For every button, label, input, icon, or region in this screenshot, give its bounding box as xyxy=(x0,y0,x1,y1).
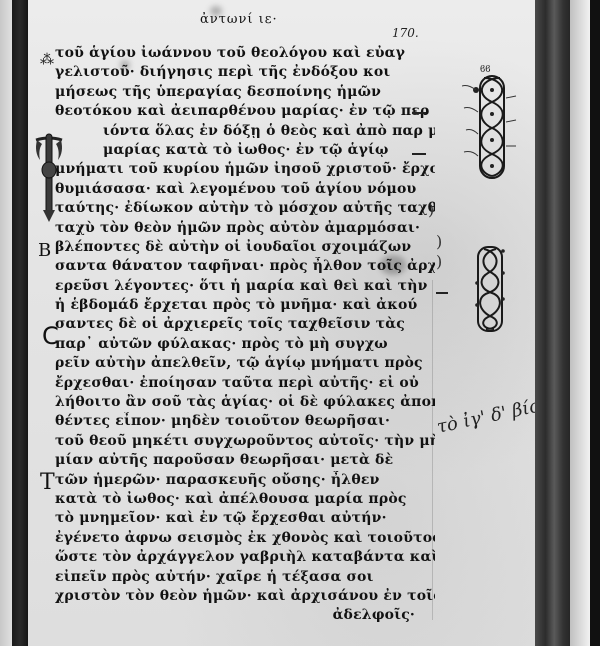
text-line: θυμιάσασα· καὶ λεγομένου τοῦ ἁγίου νόμου xyxy=(55,180,435,199)
margin-bracket-mark: ) xyxy=(436,252,442,271)
text-line: ἡ ἑβδομάδ ἔρχεται πρὸς τὸ μνῆμα· καὶ ἀκο… xyxy=(55,296,435,315)
margin-dash-mark xyxy=(412,112,426,114)
text-line: εἰπεῖν πρὸς αὐτήν· χαῖρε ἡ τέξασα σοι xyxy=(55,568,435,587)
manuscript-text-block: τοῦ ἁγίου ἰωάννου τοῦ θεολόγου καὶ εὐαγ … xyxy=(55,44,435,626)
text-line: ταχὺ τὸν θεὸν ἡμῶν πρὸς αὐτὸν ἀμαρμόσαι· xyxy=(55,219,435,238)
text-line: ερεῦσι λέγοντες· ὅτι ἡ μαρία καὶ θεὶ καὶ… xyxy=(55,277,435,296)
interlace-knot-ornament-icon: ϐϐ xyxy=(462,62,522,182)
text-line: ταύτης· ἐδίωκον αὐτὴν τὸ μόσχον αὐτῆς τα… xyxy=(55,199,435,218)
text-line: ρεῖν αὐτὴν ἀπελθεῖν, τῷ ἁγίῳ μνήματι πρὸ… xyxy=(55,354,435,373)
text-line: μαρίας κατὰ τὸ ἰωθος· ἐν τῷ ἁγίῳ xyxy=(55,141,435,160)
tau-initial-second: T xyxy=(40,470,55,495)
text-line: βλέποντες δὲ αὐτὴν οἱ ἰουδαῖοι σχοιμάζων xyxy=(55,238,435,257)
text-line: μνήματι τοῦ κυρίου ἡμῶν ἰησοῦ χριστοῦ· ἔ… xyxy=(55,160,435,179)
asterism-mark: ⁂ xyxy=(40,52,54,68)
text-line: τοῦ ἁγίου ἰωάννου τοῦ θεολόγου καὶ εὐαγ xyxy=(55,44,435,63)
running-head: ἀντωνί ιε· xyxy=(200,12,278,27)
text-line: τοῦ θεοῦ μηκέτι συγχωροῦντος αὐτοῖς· τὴν… xyxy=(55,432,435,451)
margin-dash-mark xyxy=(412,153,426,155)
margin-dash-mark xyxy=(436,292,448,294)
text-line: χριστὸν τὸν θεὸν ἡμῶν· καὶ ἀρχισάνου ἐν … xyxy=(55,587,435,606)
margin-bracket-mark: ) xyxy=(428,200,434,219)
text-line: ὥστε τὸν ἀρχάγγελον γαβριὴλ καταβάντα κα… xyxy=(55,548,435,567)
left-edge-margin xyxy=(0,0,12,646)
text-line: ιόντα ὅλας ἐν δόξῃ ὁ θεὸς καὶ ἀπὸ παρ μο… xyxy=(55,122,435,141)
folio-number: 170. xyxy=(392,26,419,40)
text-line: μήσεως τῆς ὑπεραγίας δεσποίνης ἡμῶν xyxy=(55,83,435,102)
text-line: κατὰ τὸ ἰωθος· καὶ ἀπέλθουσα μαρία πρὸς xyxy=(55,490,435,509)
beta-initial: Β xyxy=(38,240,51,261)
text-line: ἔρχεσθαι· ἐποίησαν ταῦτα περὶ αὐτῆς· εἰ … xyxy=(55,374,435,393)
text-line: γελιστοῦ· διήγησις περὶ τῆς ἐνδόξου κοι xyxy=(55,63,435,82)
text-line: τῶν ἡμερῶν· παρασκευῆς οὔσης· ἦλθεν xyxy=(55,471,435,490)
text-line: σαντα θάνατον ταφῆναι· πρὸς ἦλθον τοῖς ἀ… xyxy=(55,257,435,276)
right-background xyxy=(590,0,600,646)
text-line: θέντες εἶπον· μηδὲν τοιοῦτον θεωρῆσαι· xyxy=(55,412,435,431)
text-line: θεοτόκου καὶ ἀειπαρθένου μαρίας· ἐν τῷ π… xyxy=(55,102,435,121)
text-line: ἐγένετο ἀφνω σεισμὸς ἐκ χθονὸς καὶ τοιοῦ… xyxy=(55,529,435,548)
text-line: ἀδελφοῖς· xyxy=(55,606,435,625)
text-line: σαντες δὲ οἱ ἀρχιερεῖς τοῖς ταχθεῖσιν τὰ… xyxy=(55,315,435,334)
text-line: τὸ μνημεῖον· καὶ ἐν τῷ ἔρχεσθαι αὐτήν· xyxy=(55,509,435,528)
interlace-knot-ornament-small-icon xyxy=(474,243,508,333)
svg-text:ϐϐ: ϐϐ xyxy=(480,65,491,75)
text-line: μίαν αὐτῆς παροῦσαν θεωρῆσαι· μετὰ δὲ xyxy=(55,451,435,470)
right-page-edge xyxy=(570,0,590,646)
right-binding-shadow xyxy=(535,0,570,646)
left-binding-shadow xyxy=(12,0,28,646)
text-line: παρ᾿ αὐτῶν φύλακας· πρὸς τὸ μὴ συγχω xyxy=(55,335,435,354)
margin-bracket-mark: ) xyxy=(436,232,442,251)
text-line: λήθοιτο ἂν σοῦ τὰς ἁγίας· οἱ δὲ φύλακες … xyxy=(55,393,435,412)
